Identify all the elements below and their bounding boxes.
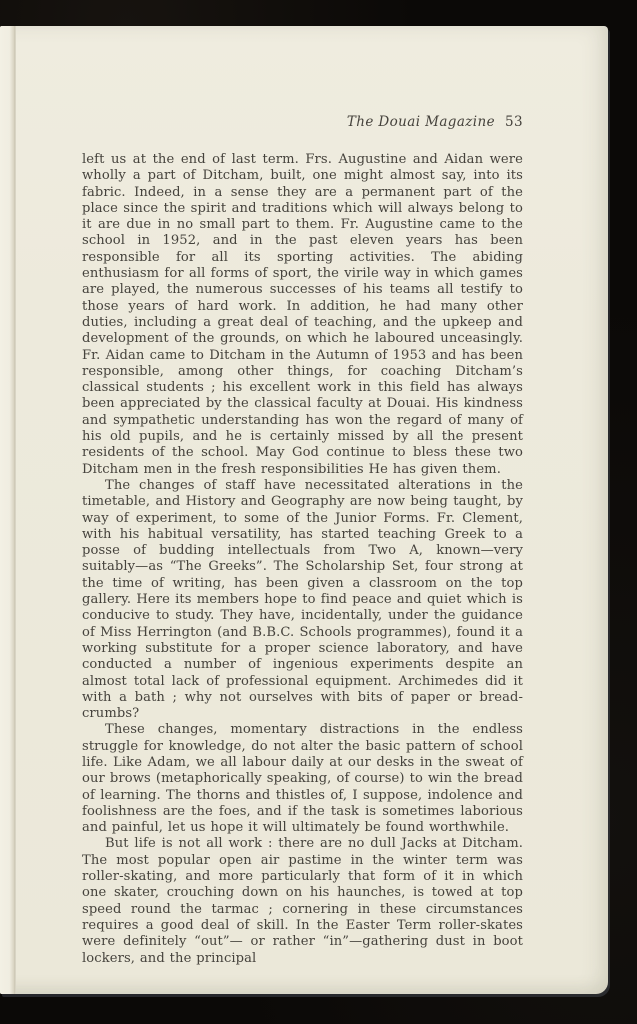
paragraph-2: The changes of staff have necessitated a… [82,478,523,722]
page-number: 53 [495,114,523,130]
book-page: The Douai Magazine53 left us at the end … [0,26,608,994]
running-header: The Douai Magazine53 [82,114,523,130]
paragraph-4: But life is not all work : there are no … [82,836,523,966]
paragraph-1: left us at the end of last term. Frs. Au… [82,152,523,478]
page-body-text: left us at the end of last term. Frs. Au… [82,152,523,967]
paragraph-3: These changes, momentary distractions in… [82,722,523,836]
journal-title: The Douai Magazine [347,114,495,130]
page-fold-edge [0,26,16,994]
